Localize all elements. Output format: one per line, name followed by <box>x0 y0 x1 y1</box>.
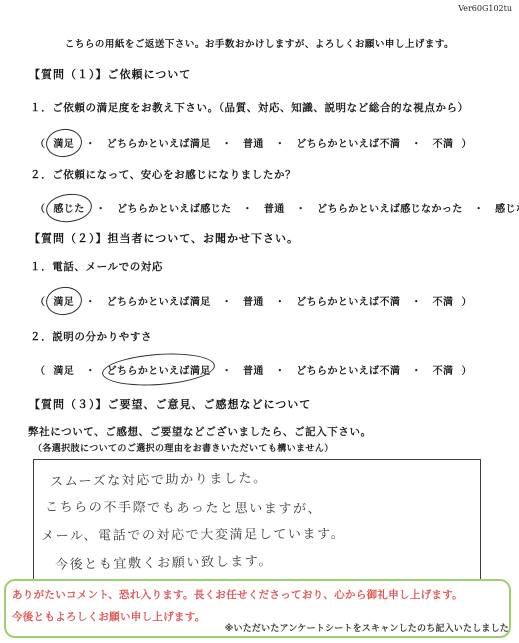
comment-prompt: 弊社について、ご感想、ご要望などございましたら、ご記入下さい。 <box>28 424 372 439</box>
option: どちらかといえば感じなかった <box>317 200 463 215</box>
answer-row-2-1: （満足・どちらかといえば満足・普通・どちらかといえば不満・不満） <box>30 293 477 308</box>
option: どちらかといえば満足 <box>107 135 211 150</box>
option-separator: ・ <box>411 139 421 150</box>
scan-note: ※いただいたアンケートシートをスキャンしたのち記入いたしました <box>225 621 509 634</box>
option-selected: 満足 <box>53 293 74 308</box>
option-separator: ・ <box>474 204 484 215</box>
option: どちらかといえば不満 <box>296 135 400 150</box>
paren-close: ） <box>461 366 471 377</box>
answer-row-1-1: （満足・どちらかといえば満足・普通・どちらかといえば不満・不満） <box>30 135 477 150</box>
section-3-title: 【質問（３）】ご要望、ご意見、ご感想などについて <box>29 396 311 412</box>
handwritten-line-3: メール、電話での対応で大変満足しています。 <box>41 523 345 544</box>
question-2-1: １．電話、メールでの対応 <box>30 259 163 274</box>
answer-row-2-2: （満足・どちらかといえば満足・普通・どちらかといえば不満・不満） <box>30 362 477 377</box>
paren-close: ） <box>461 139 471 150</box>
paren-open: （ <box>35 366 45 377</box>
option: 不満 <box>433 293 454 308</box>
paren-open: （ <box>35 204 45 215</box>
option-separator: ・ <box>242 204 252 215</box>
option-separator: ・ <box>222 297 232 308</box>
return-instruction: こちらの用紙をご返送下さい。お手数おかけしますが、よろしくお願い申し上げます。 <box>0 36 519 50</box>
version-label: Ver60G102tu <box>458 4 512 13</box>
option-separator: ・ <box>275 366 285 377</box>
handwritten-line-2: こちらの不手際でもあったと思いますが、 <box>45 496 322 517</box>
question-1-2: ２．ご依頼になって、安心をお感じになりましたか？ <box>30 167 296 182</box>
section-2-title: 【質問（２）】担当者について、お聞かせ下さい。 <box>29 230 299 246</box>
option-separator: ・ <box>85 366 95 377</box>
answer-row-1-2: （感じた・どちらかといえば感じた・普通・どちらかといえば感じなかった・感じなかっ… <box>30 200 519 215</box>
paren-open: （ <box>35 139 45 150</box>
comment-prompt-sub: （各選択肢についてのご選択の理由をお書きいただいても構いません） <box>33 441 334 454</box>
handwritten-line-1: スムーズな対応で助かりました。 <box>50 467 268 490</box>
question-1-1: １．ご依頼の満足度をお教え下さい。（品質、対応、知識、説明など総合的な視点から） <box>30 100 469 115</box>
scanned-survey-sheet: { "page": { "version_label": "Ver60G102t… <box>0 0 519 643</box>
option: どちらかといえば不満 <box>296 362 400 377</box>
option-separator: ・ <box>222 366 232 377</box>
option-separator: ・ <box>275 139 285 150</box>
paren-close: ） <box>461 297 471 308</box>
option-selected: 満足 <box>53 135 74 150</box>
option: 不満 <box>433 135 454 150</box>
option-separator: ・ <box>411 366 421 377</box>
option: 感じなかった <box>495 200 519 215</box>
option: 普通 <box>264 200 285 215</box>
reply-line-1: ありがたいコメント、恐れ入ります。長くお任せくださっており、心から御礼申し上げま… <box>12 587 463 602</box>
option: 普通 <box>243 362 264 377</box>
option-selected: 感じた <box>53 200 84 215</box>
option: どちらかといえば感じた <box>117 200 231 215</box>
option-separator: ・ <box>85 139 95 150</box>
option: どちらかといえば満足 <box>107 293 211 308</box>
option-separator: ・ <box>222 139 232 150</box>
option-separator: ・ <box>296 204 306 215</box>
question-2-2: ２．説明の分かりやすさ <box>30 329 152 344</box>
option: 不満 <box>433 362 454 377</box>
comment-box: スムーズな対応で助かりました。 こちらの不手際でもあったと思いますが、 メール、… <box>33 459 481 582</box>
option: 普通 <box>243 293 264 308</box>
option-separator: ・ <box>411 297 421 308</box>
option-selected: どちらかといえば満足 <box>107 362 211 377</box>
option-separator: ・ <box>275 297 285 308</box>
paren-open: （ <box>35 297 45 308</box>
option-separator: ・ <box>96 204 106 215</box>
option-separator: ・ <box>85 297 95 308</box>
handwritten-line-4: 今後とも宜敷くお願い致します。 <box>55 550 273 573</box>
option: 満足 <box>53 362 74 377</box>
reply-line-2: 今後ともよろしくお願い申し上げます。 <box>12 609 206 624</box>
section-1-title: 【質問（１）】ご依頼について <box>29 66 191 82</box>
option: 普通 <box>243 135 264 150</box>
option: どちらかといえば不満 <box>296 293 400 308</box>
